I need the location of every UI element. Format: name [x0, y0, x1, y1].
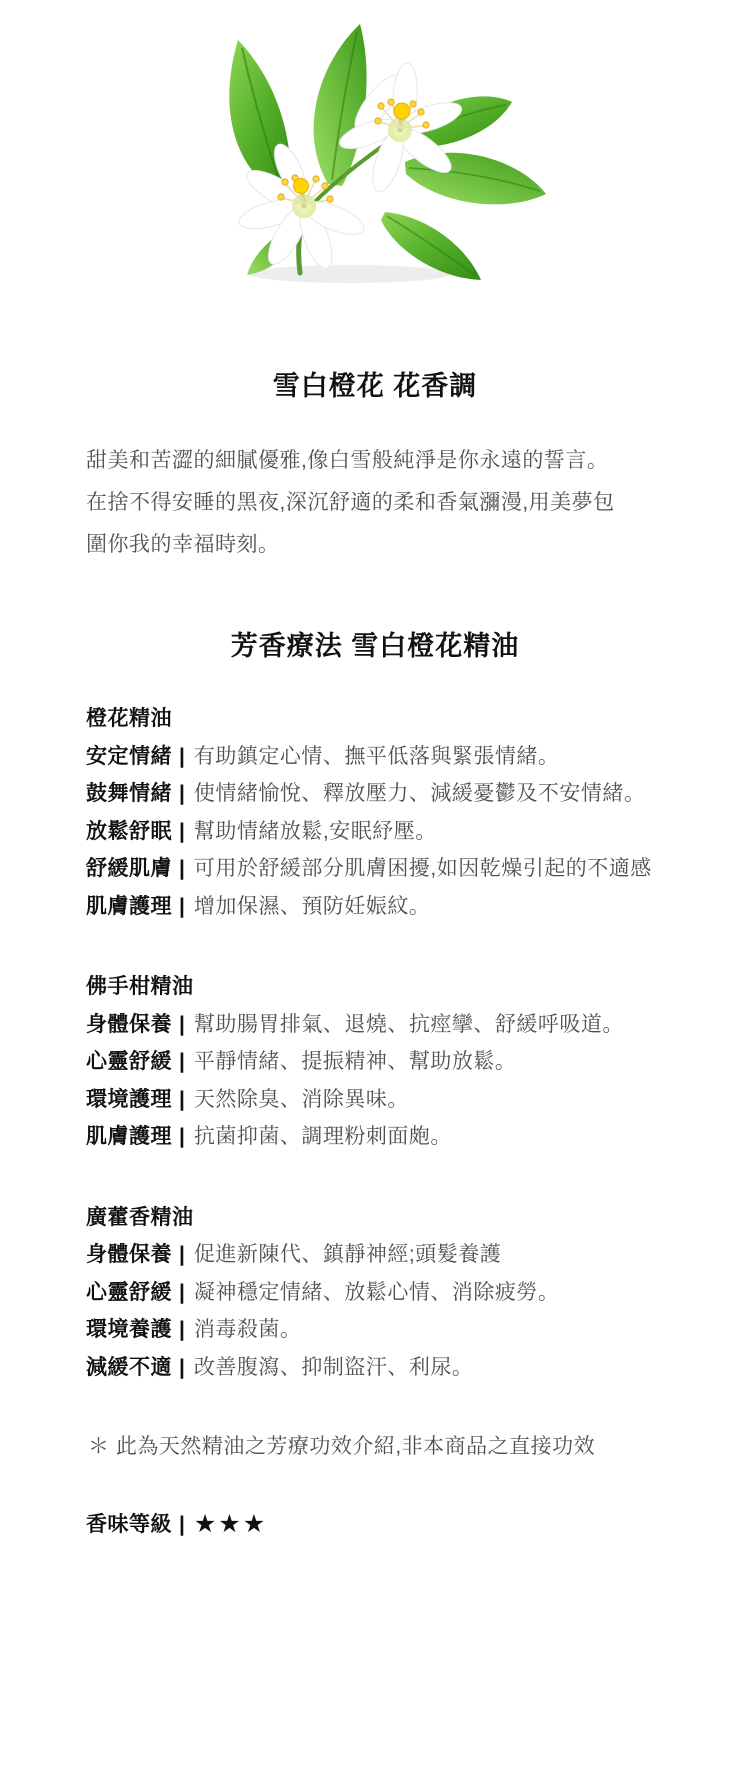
separator-bar: | — [179, 1013, 185, 1036]
benefit-label: 舒緩肌膚 — [86, 857, 172, 880]
separator-bar: | — [179, 895, 185, 918]
benefit-label: 肌膚護理 — [86, 895, 172, 918]
benefit-row: 放鬆舒眠|幫助情緒放鬆,安眠紓壓。 — [86, 813, 716, 851]
benefit-row: 肌膚護理|增加保濕、預防妊娠紋。 — [86, 888, 716, 926]
benefit-desc: 使情緒愉悅、釋放壓力、減緩憂鬱及不安情緒。 — [194, 782, 646, 805]
separator-bar: | — [179, 1513, 185, 1536]
oil-sections: 橙花精油 安定情緒|有助鎮定心情、撫平低落與緊張情緒。 鼓舞情緒|使情緒愉悅、釋… — [86, 700, 716, 1429]
benefit-desc: 幫助腸胃排氣、退燒、抗痙攣、舒緩呼吸道。 — [194, 1013, 624, 1036]
oil-section: 橙花精油 安定情緒|有助鎮定心情、撫平低落與緊張情緒。 鼓舞情緒|使情緒愉悅、釋… — [86, 700, 716, 925]
benefit-desc: 凝神穩定情緒、放鬆心情、消除疲勞。 — [194, 1281, 560, 1304]
benefit-desc: 可用於舒緩部分肌膚困擾,如因乾燥引起的不適感 — [194, 857, 652, 880]
oil-section: 廣藿香精油 身體保養|促進新陳代、鎮靜神經;頭髮養護 心靈舒緩|凝神穩定情緒、放… — [86, 1199, 716, 1387]
intro-line: 在捨不得安睡的黑夜,深沉舒適的柔和香氣瀰漫,用美夢包 — [86, 482, 706, 524]
intro-line: 甜美和苦澀的細膩優雅,像白雪般純淨是你永遠的誓言。 — [86, 440, 706, 482]
benefit-row: 心靈舒緩|凝神穩定情緒、放鬆心情、消除疲勞。 — [86, 1274, 716, 1312]
benefit-label: 心靈舒緩 — [86, 1050, 172, 1073]
oil-name: 橙花精油 — [86, 700, 716, 738]
benefit-label: 減緩不適 — [86, 1356, 172, 1379]
separator-bar: | — [179, 857, 185, 880]
separator-bar: | — [179, 745, 185, 768]
separator-bar: | — [179, 820, 185, 843]
orange-blossom-svg — [200, 22, 550, 287]
benefit-row: 舒緩肌膚|可用於舒緩部分肌膚困擾,如因乾燥引起的不適感 — [86, 850, 716, 888]
benefit-desc: 增加保濕、預防妊娠紋。 — [194, 895, 431, 918]
intro-paragraph: 甜美和苦澀的細膩優雅,像白雪般純淨是你永遠的誓言。在捨不得安睡的黑夜,深沉舒適的… — [86, 440, 706, 566]
benefit-label: 鼓舞情緒 — [86, 782, 172, 805]
benefit-desc: 消毒殺菌。 — [194, 1318, 302, 1341]
benefit-label: 身體保養 — [86, 1013, 172, 1036]
separator-bar: | — [179, 1088, 185, 1111]
separator-bar: | — [179, 782, 185, 805]
benefit-label: 心靈舒緩 — [86, 1281, 172, 1304]
benefit-desc: 改善腹瀉、抑制盜汗、利尿。 — [194, 1356, 474, 1379]
intro-line: 圍你我的幸福時刻。 — [86, 524, 706, 566]
rating-stars: ★★★ — [194, 1510, 267, 1538]
oil-name: 廣藿香精油 — [86, 1199, 716, 1237]
separator-bar: | — [179, 1125, 185, 1148]
separator-bar: | — [179, 1318, 185, 1341]
page-title: 雪白橙花 花香調 — [0, 366, 750, 406]
oil-section: 佛手柑精油 身體保養|幫助腸胃排氣、退燒、抗痙攣、舒緩呼吸道。 心靈舒緩|平靜情… — [86, 968, 716, 1156]
separator-bar: | — [179, 1281, 185, 1304]
benefit-label: 安定情緒 — [86, 745, 172, 768]
benefit-row: 心靈舒緩|平靜情緒、提振精神、幫助放鬆。 — [86, 1043, 716, 1081]
orange-blossom-image — [200, 22, 550, 287]
benefit-desc: 平靜情緒、提振精神、幫助放鬆。 — [194, 1050, 517, 1073]
benefit-desc: 有助鎮定心情、撫平低落與緊張情緒。 — [194, 745, 560, 768]
separator-bar: | — [179, 1356, 185, 1379]
benefit-row: 環境養護|消毒殺菌。 — [86, 1311, 716, 1349]
benefit-label: 環境養護 — [86, 1318, 172, 1341]
benefit-label: 放鬆舒眠 — [86, 820, 172, 843]
oil-name: 佛手柑精油 — [86, 968, 716, 1006]
benefit-row: 肌膚護理|抗菌抑菌、調理粉刺面皰。 — [86, 1118, 716, 1156]
benefit-desc: 天然除臭、消除異味。 — [194, 1088, 409, 1111]
separator-bar: | — [179, 1243, 185, 1266]
benefit-desc: 促進新陳代、鎮靜神經;頭髮養護 — [194, 1243, 501, 1266]
benefit-row: 身體保養|幫助腸胃排氣、退燒、抗痙攣、舒緩呼吸道。 — [86, 1006, 716, 1044]
benefit-label: 肌膚護理 — [86, 1125, 172, 1148]
benefit-row: 減緩不適|改善腹瀉、抑制盜汗、利尿。 — [86, 1349, 716, 1387]
benefit-row: 安定情緒|有助鎮定心情、撫平低落與緊張情緒。 — [86, 738, 716, 776]
benefit-label: 身體保養 — [86, 1243, 172, 1266]
rating-label: 香味等級 — [86, 1513, 172, 1536]
benefit-row: 鼓舞情緒|使情緒愉悅、釋放壓力、減緩憂鬱及不安情緒。 — [86, 775, 716, 813]
benefit-desc: 抗菌抑菌、調理粉刺面皰。 — [194, 1125, 452, 1148]
separator-bar: | — [179, 1050, 185, 1073]
section-title: 芳香療法 雪白橙花精油 — [0, 626, 750, 666]
benefit-desc: 幫助情緒放鬆,安眠紓壓。 — [194, 820, 437, 843]
rating-row: 香味等級|★★★ — [86, 1505, 267, 1544]
disclaimer-note: ＊ 此為天然精油之芳療功效介紹,非本商品之直接功效 — [88, 1428, 718, 1466]
benefit-label: 環境護理 — [86, 1088, 172, 1111]
benefit-row: 環境護理|天然除臭、消除異味。 — [86, 1081, 716, 1119]
benefit-row: 身體保養|促進新陳代、鎮靜神經;頭髮養護 — [86, 1236, 716, 1274]
